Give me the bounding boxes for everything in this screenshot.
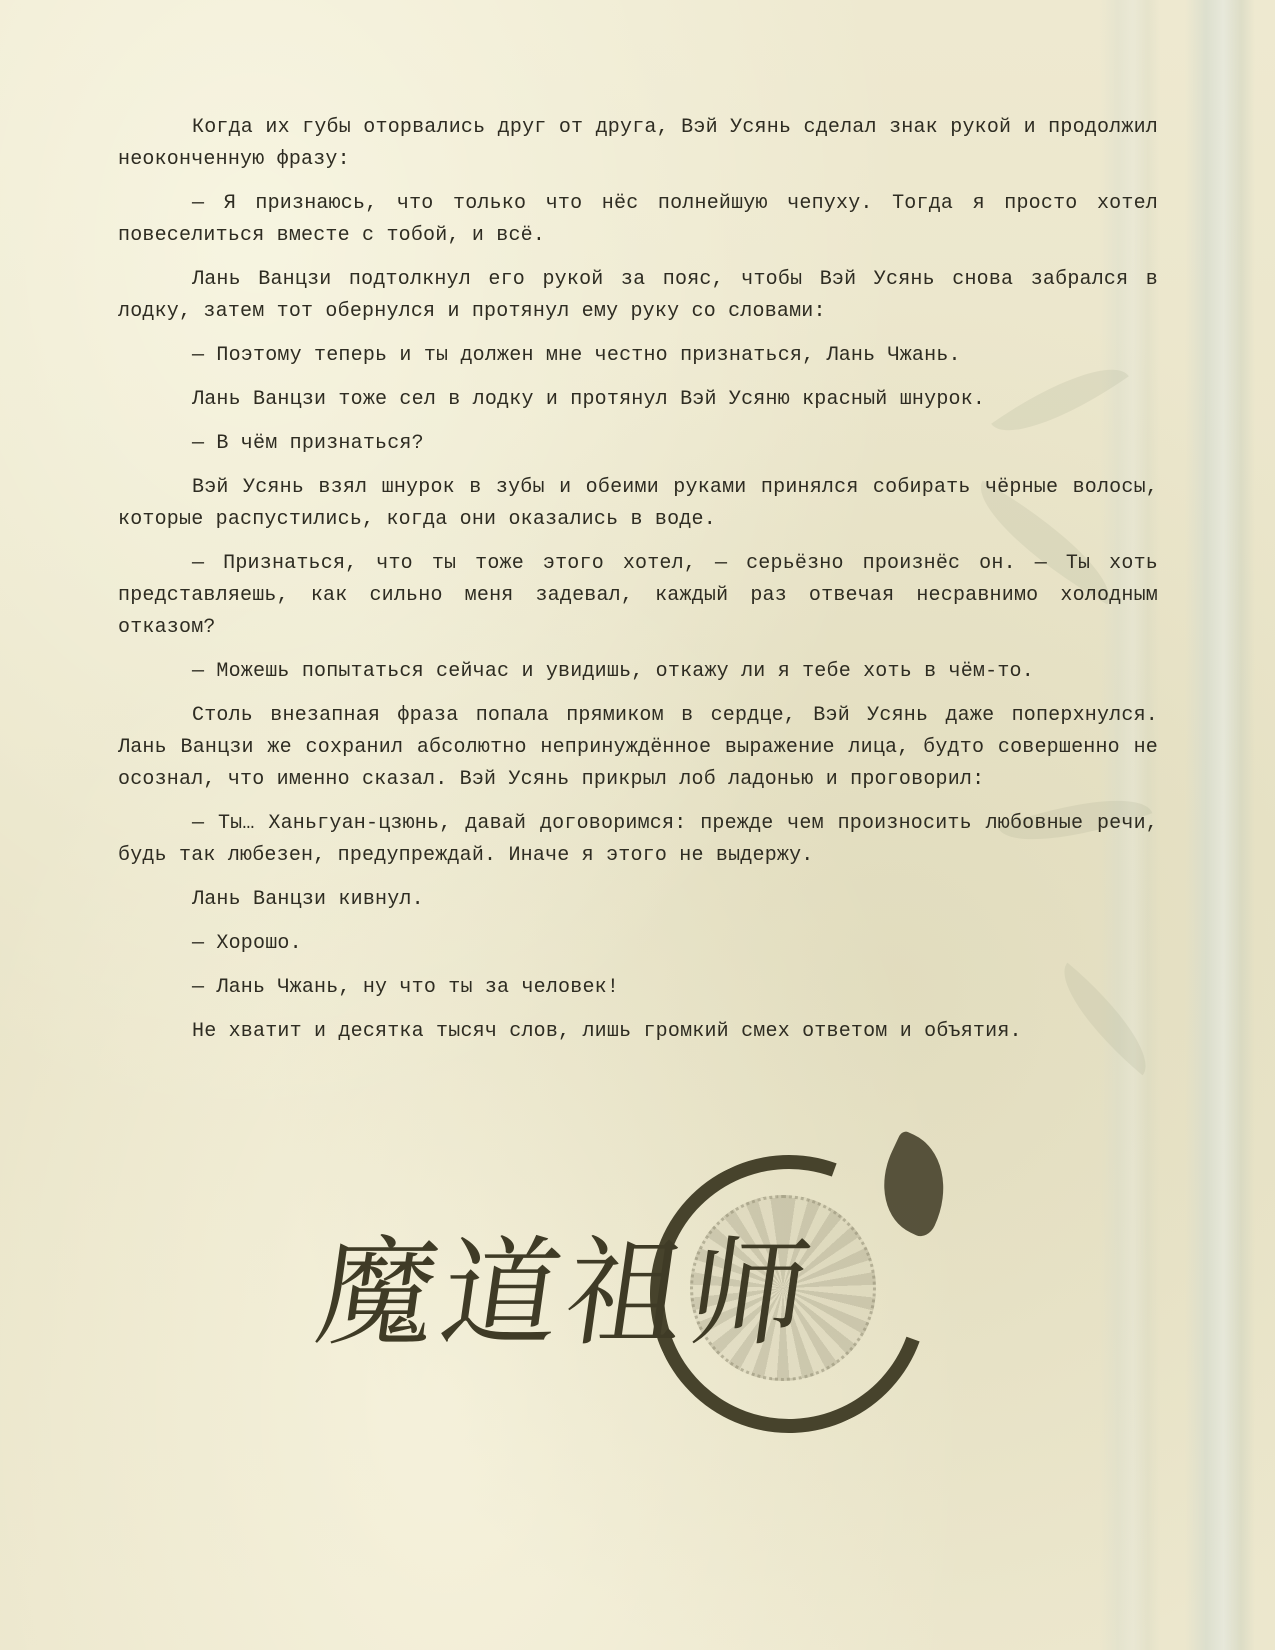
paragraph: Вэй Усянь взял шнурок в зубы и обеими ру… [118, 472, 1158, 536]
paragraph: — Можешь попытаться сейчас и увидишь, от… [118, 656, 1158, 688]
paragraph: — Хорошо. [118, 928, 1158, 960]
paragraph: Лань Ванцзи подтолкнул его рукой за пояс… [118, 264, 1158, 328]
paragraph: — Лань Чжань, ну что ты за человек! [118, 972, 1158, 1004]
paragraph: — Я признаюсь, что только что нёс полней… [118, 188, 1158, 252]
logo-title: 魔道祖师 [308, 1198, 828, 1368]
paragraph: — Признаться, что ты тоже этого хотел, —… [118, 548, 1158, 644]
document-body: Когда их губы оторвались друг от друга, … [118, 112, 1158, 1060]
paragraph: — Поэтому теперь и ты должен мне честно … [118, 340, 1158, 372]
paragraph: — В чём признаться? [118, 428, 1158, 460]
paragraph: Лань Ванцзи кивнул. [118, 884, 1158, 916]
paragraph: Лань Ванцзи тоже сел в лодку и протянул … [118, 384, 1158, 416]
calligraphy-logo: 魔道祖师 [320, 1140, 960, 1460]
paragraph: Когда их губы оторвались друг от друга, … [118, 112, 1158, 176]
bamboo-decoration [1185, 0, 1255, 1650]
paragraph: Столь внезапная фраза попала прямиком в … [118, 700, 1158, 796]
paragraph: — Ты… Ханьгуан-цзюнь, давай договоримся:… [118, 808, 1158, 872]
paragraph: Не хватит и десятка тысяч слов, лишь гро… [118, 1016, 1158, 1048]
